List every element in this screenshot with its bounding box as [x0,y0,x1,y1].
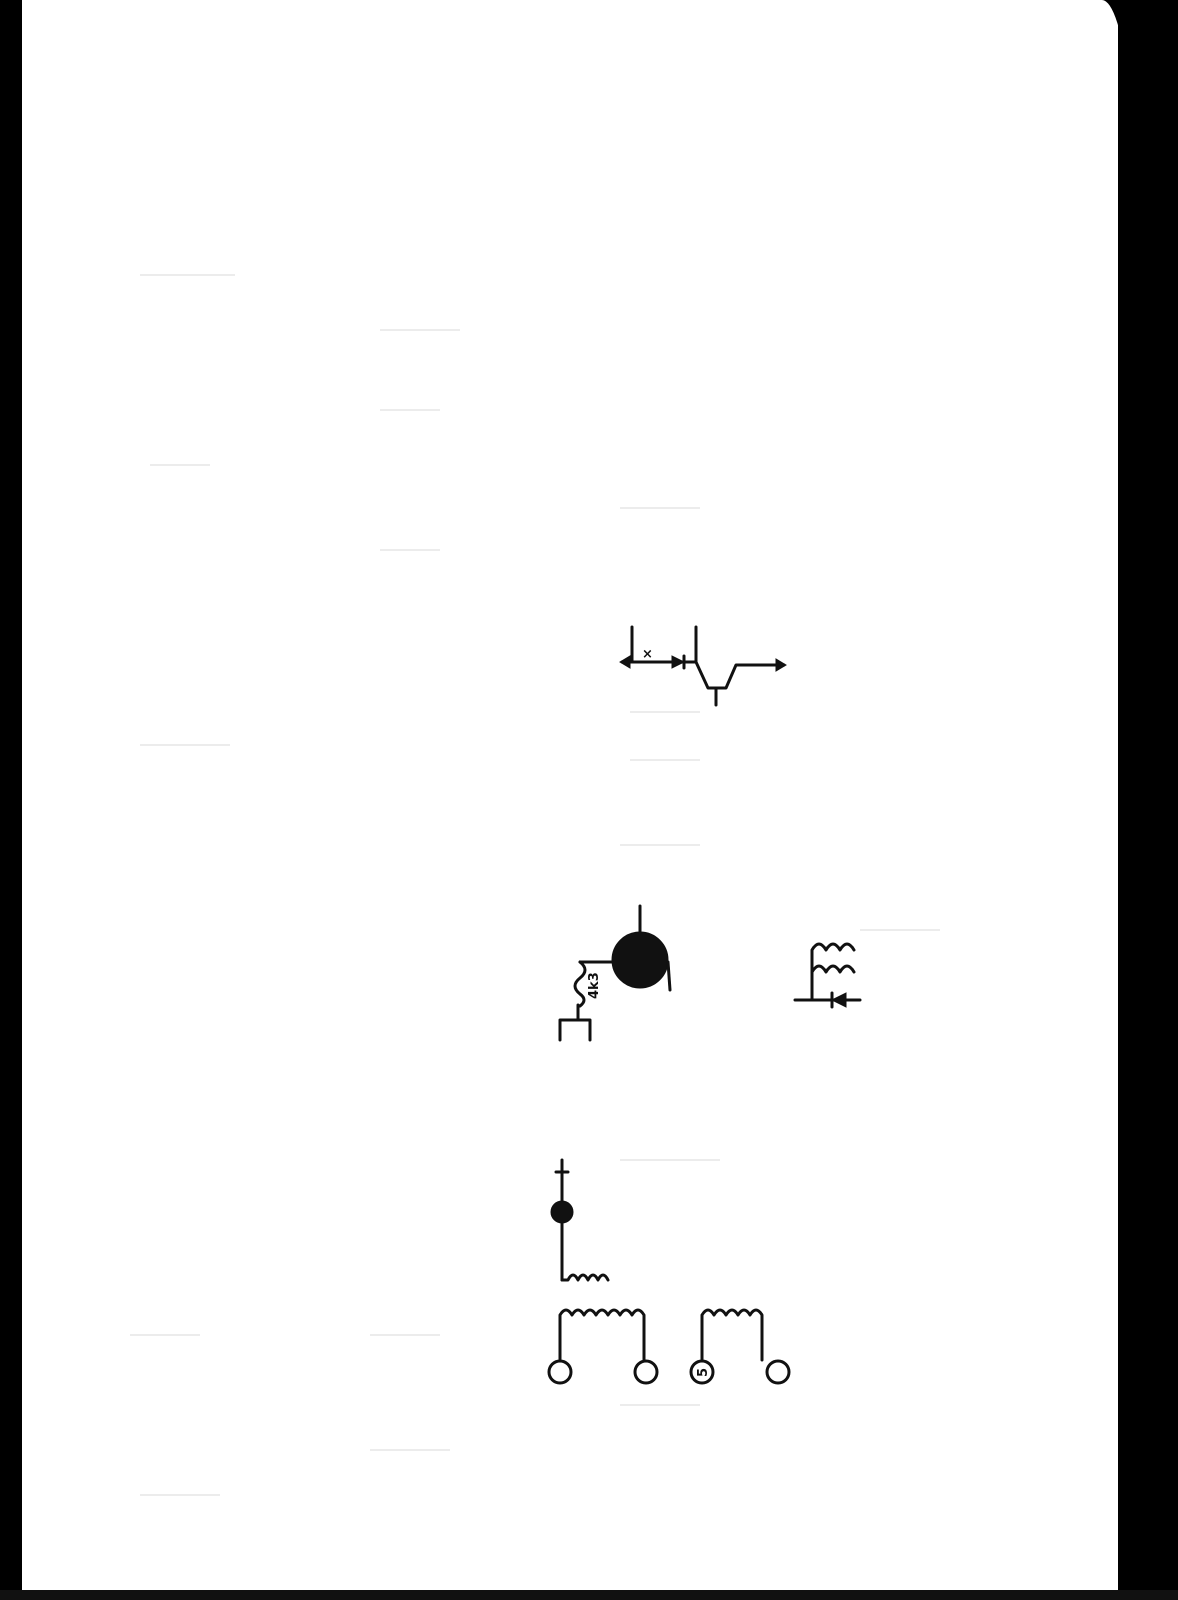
bottom-edge [0,1590,1178,1600]
terminal-4 [767,1361,789,1383]
terminal-1 [549,1361,571,1383]
transformer-windings: 5 [549,1310,789,1383]
dual-inductor-with-diode [795,944,860,1007]
cross-mark: × [642,647,653,662]
resistor-label: 4k3 [587,972,602,999]
terminal-label: 5 [696,1368,711,1377]
diode-transistor-stage: × [620,627,786,705]
faded-traces [130,275,940,1495]
terminal-2 [635,1361,657,1383]
lamp-and-resistor: 4k3 [560,906,670,1040]
probe-and-coil [551,1160,608,1280]
schematic-canvas: × 4k3 5 [0,0,1178,1600]
